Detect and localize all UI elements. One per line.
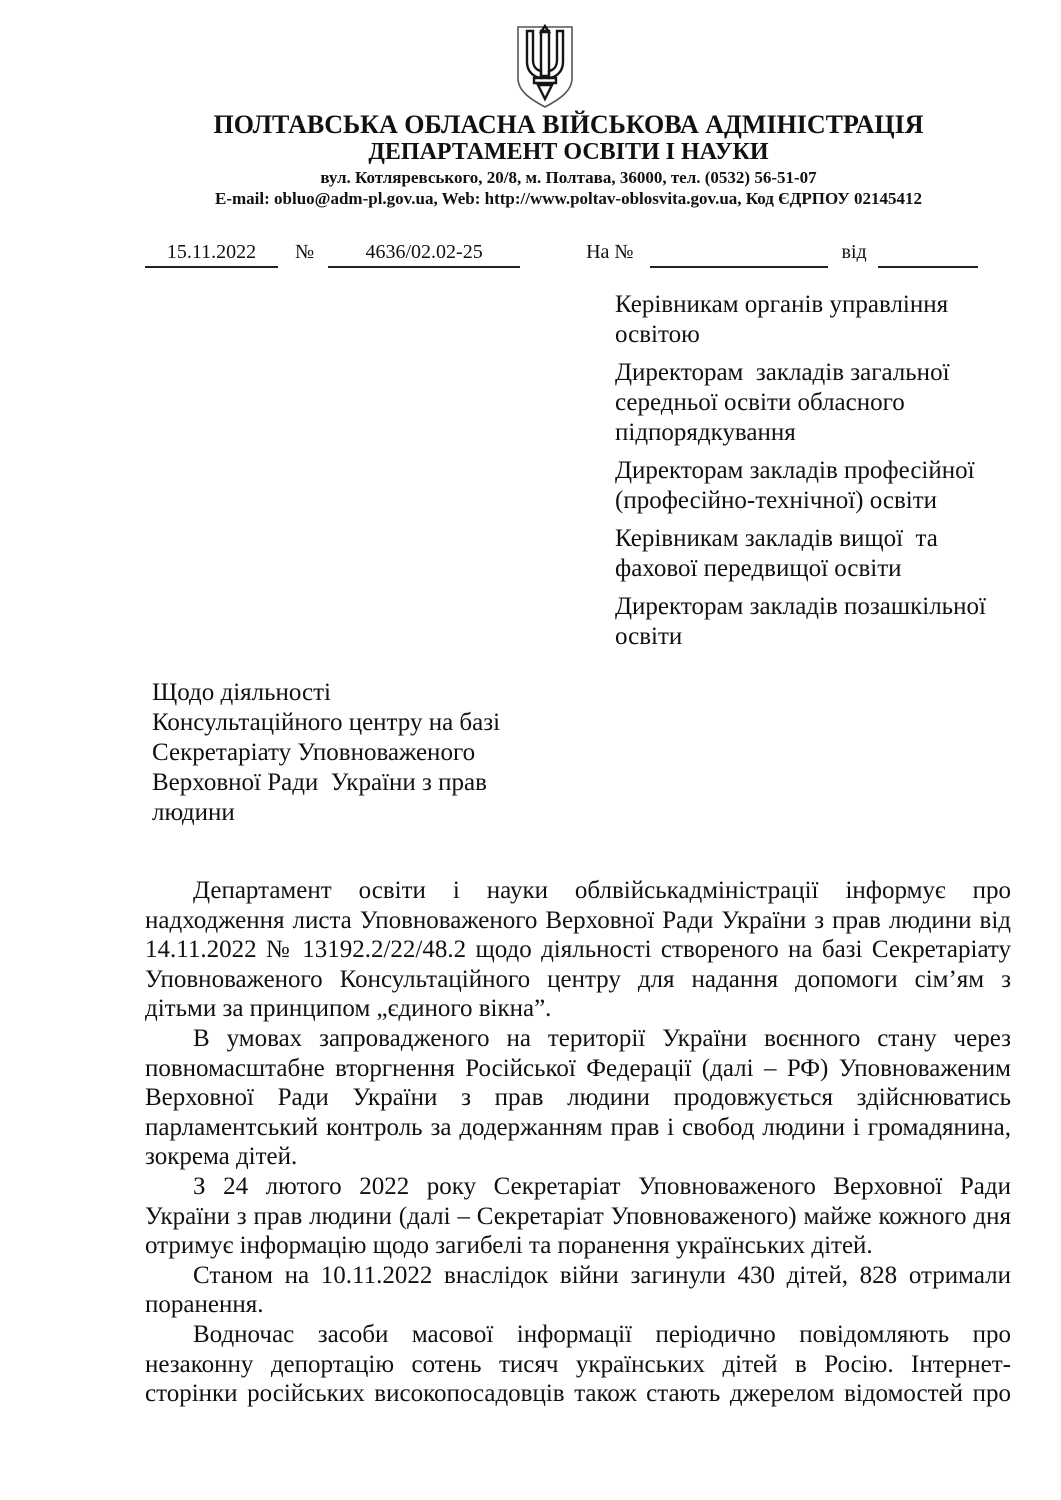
reference-row: 15.11.2022 № 4636/02.02-25 На № від	[145, 238, 1015, 268]
recipient-item: Керівникам закладів вищої та фахової пер…	[615, 524, 1007, 584]
body-paragraph: В умовах запровадженого на території Укр…	[145, 1024, 1011, 1172]
recipient-item: Керівникам органів управління освітою	[615, 290, 1007, 350]
number-sign-label: №	[295, 238, 314, 268]
subject-block: Щодо діяльності Консультаційного центру …	[152, 678, 612, 828]
recipient-item: Директорам закладів загальної середньої …	[615, 358, 1007, 448]
body-paragraph: Департамент освіти і науки облвійськадмі…	[145, 876, 1011, 1024]
ukraine-trident-shield-icon	[514, 24, 576, 110]
recipients-block: Керівникам органів управління освітою Ди…	[615, 290, 1007, 660]
reply-number-label: На №	[586, 238, 633, 268]
body-paragraph: З 24 лютого 2022 року Секретаріат Уповно…	[145, 1172, 1011, 1261]
recipient-item: Директорам закладів позашкільної освіти	[615, 592, 1007, 652]
body-paragraph: Водночас засоби масової інформації періо…	[145, 1320, 1011, 1409]
letter-page: ПОЛТАВСЬКА ОБЛАСНА ВІЙСЬКОВА АДМІНІСТРАЦ…	[0, 0, 1061, 1500]
org-name-line1: ПОЛТАВСЬКА ОБЛАСНА ВІЙСЬКОВА АДМІНІСТРАЦ…	[76, 110, 1061, 140]
letter-date: 15.11.2022	[145, 238, 278, 268]
reply-from-label: від	[842, 238, 867, 268]
letter-body: Департамент освіти і науки облвійськадмі…	[145, 876, 1011, 1409]
org-address: вул. Котляревського, 20/8, м. Полтава, 3…	[76, 168, 1061, 188]
body-paragraph: Станом на 10.11.2022 внаслідок війни заг…	[145, 1261, 1011, 1320]
recipient-item: Директорам закладів професійної (професі…	[615, 456, 1007, 516]
reply-number-blank	[650, 238, 828, 268]
letter-number: 4636/02.02-25	[328, 238, 520, 268]
org-contacts: E-mail: obluo@adm-pl.gov.ua, Web: http:/…	[76, 189, 1061, 209]
org-name-line2: ДЕПАРТАМЕНТ ОСВІТИ І НАУКИ	[76, 139, 1061, 166]
reply-date-blank	[878, 238, 978, 268]
